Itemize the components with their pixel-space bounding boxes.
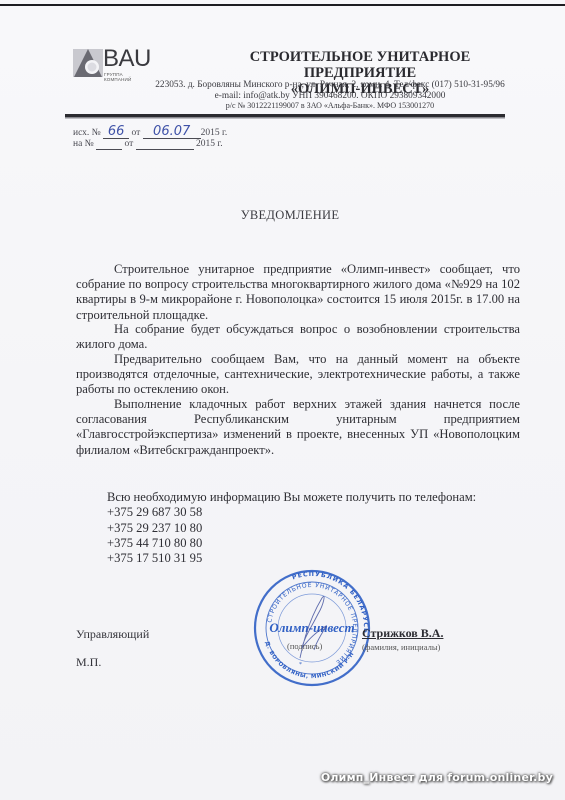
out-number-label: исх. № [73,128,101,138]
in-date-field [136,139,194,150]
org-bank-details: р/с № 3012221199007 в ЗАО «Альфа-Банк». … [140,101,520,112]
paragraph-meeting-announcement: Строительное унитарное предприятие «Олим… [76,262,520,323]
signer-name-caption: (фамилия, инициалы) [362,642,440,652]
forum-watermark: Олимп_Инвест для forum.onliner.by [321,771,553,784]
out-from-label: от [132,128,141,138]
phone-number: +375 44 710 80 80 [107,536,476,551]
phone-number: +375 17 510 31 95 [107,551,476,566]
out-date-field: 06.07 [143,128,201,139]
seal-place-label: М.П. [76,655,101,670]
stamp-center-text: Олимп-инвест [269,620,354,635]
paragraph-agenda: На собрание будет обсуждаться вопрос о в… [76,322,520,352]
contacts-intro: Всю необходимую информацию Вы можете пол… [107,490,476,505]
org-address: 223053. д. Боровляны Минского р-на, ул. … [140,80,520,91]
in-number-label: на № [73,139,94,149]
company-seal-stamp-icon: РЕСПУБЛИКА БЕЛАРУСЬ СТРОИТЕЛЬНОЕ УНИТАРН… [252,568,372,688]
phone-number: +375 29 237 10 80 [107,521,476,536]
in-number-field [96,139,122,150]
organization-details: 223053. д. Боровляны Минского р-на, ул. … [140,80,520,112]
scan-edge-line [0,4,565,6]
out-year: 2015 г. [201,128,228,138]
paragraph-current-works: Предварительно сообщаем Вам, что на данн… [76,352,520,398]
signer-role: Управляющий [76,627,149,642]
org-contacts: e-mail: info@atk.by УНП 390468200. ОКПО … [140,91,520,102]
company-logo: BAU ГРУППА КОМПАНИЙ [73,47,145,81]
document-page: BAU ГРУППА КОМПАНИЙ СТРОИТЕЛЬНОЕ УНИТАРН… [0,0,565,800]
in-from-label: от [125,139,134,149]
signature-caption: (подпись) [287,641,322,651]
out-number-field: 66 [103,128,129,139]
paragraph-masonry-works: Выполнение кладочных работ верхних этаже… [76,397,520,458]
org-title-line-1: СТРОИТЕЛЬНОЕ УНИТАРНОЕ ПРЕДПРИЯТИЕ [200,49,520,81]
bau-triangle-logo-icon [73,47,103,79]
out-date-value: 06.07 [153,124,190,139]
incoming-reference: на № от 2015 г. [73,139,223,150]
in-year: 2015 г. [196,139,223,149]
header-divider [65,114,505,117]
svg-text:*: * [299,662,302,668]
out-number-value: 66 [108,124,125,139]
signer-name: Стрижков В.А. [362,626,443,641]
phone-number: +375 29 687 30 58 [107,505,476,520]
document-title: УВЕДОМЛЕНИЕ [60,208,520,223]
logo-subtitle: ГРУППА КОМПАНИЙ [104,72,145,82]
outgoing-reference: исх. № 66 от 06.072015 г. [73,128,227,139]
contact-phones: Всю необходимую информацию Вы можете пол… [107,490,476,566]
logo-name: BAU [103,45,151,73]
